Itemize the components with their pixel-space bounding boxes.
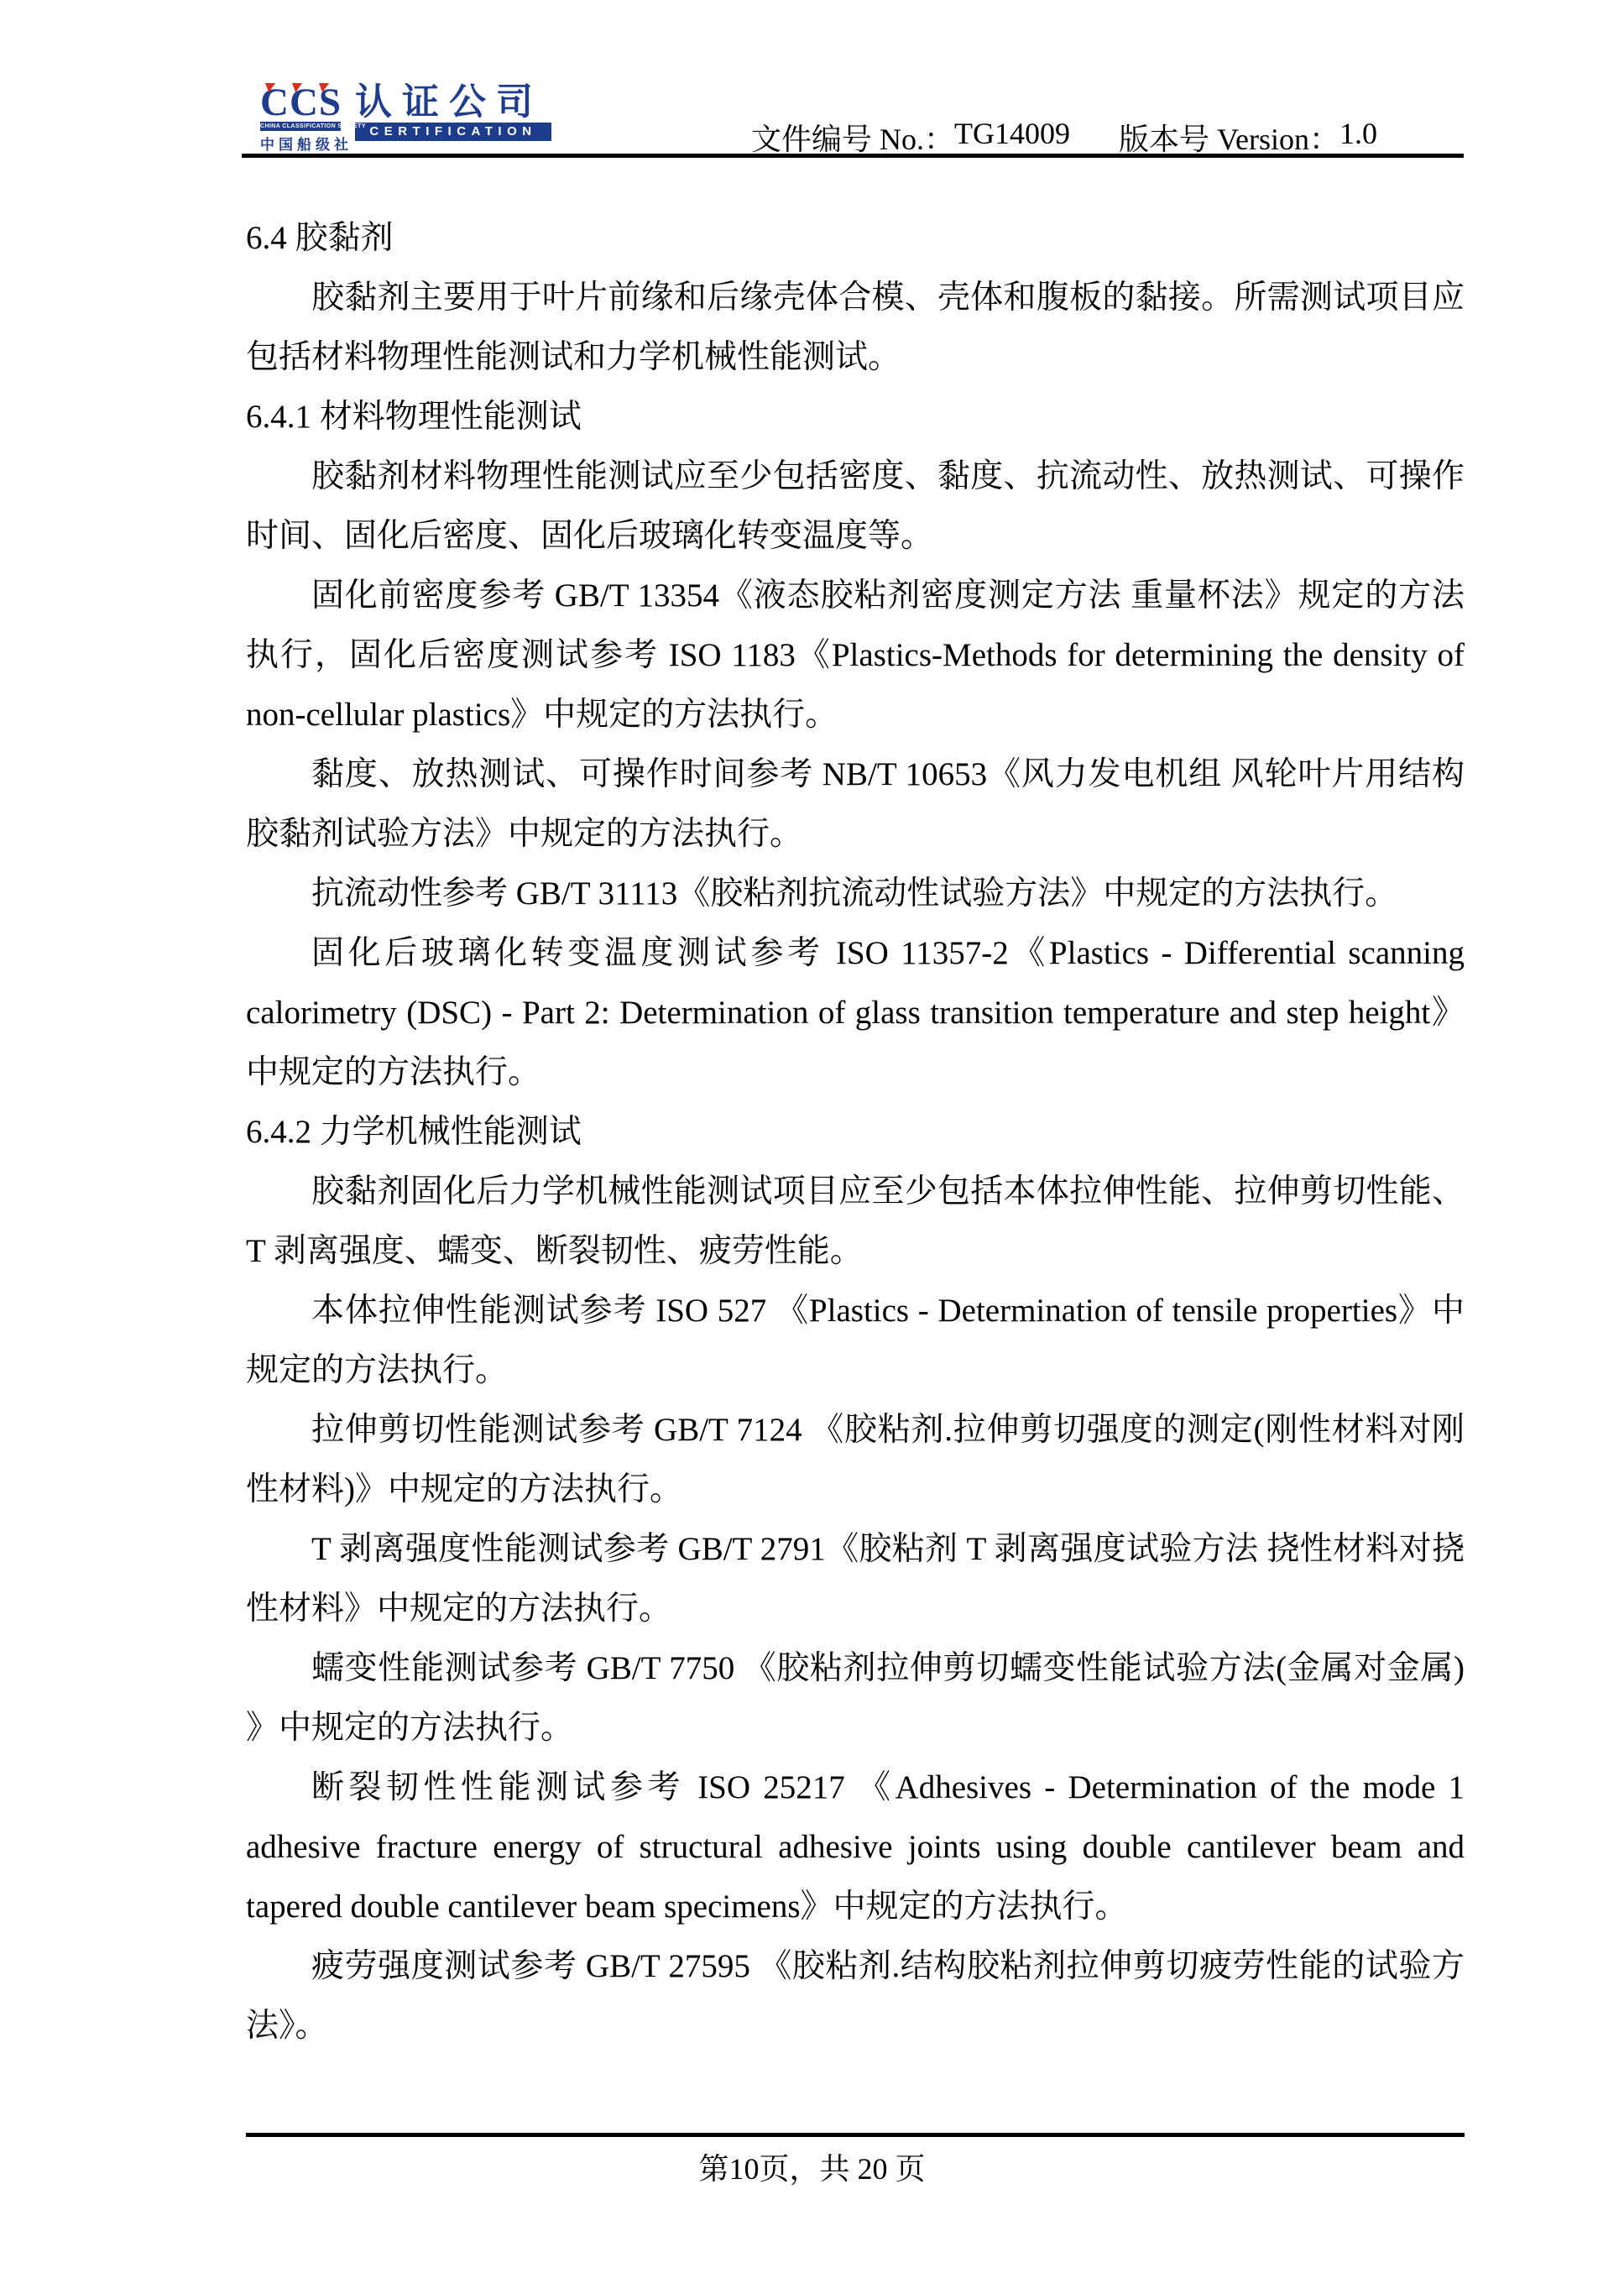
doc-number-label: 文件编号 No.： [751, 116, 954, 159]
document-page: CCS CHINA CLASSIFICATION SOCIETY 中国船级社 认… [0, 0, 1624, 2278]
body-paragraph: 断裂韧性性能测试参考 ISO 25217 《Adhesives - Determ… [246, 1758, 1465, 1936]
body-paragraph: 黏度、放热测试、可操作时间参考 NB/T 10653《风力发电机组 风轮叶片用结… [246, 745, 1465, 864]
ccs-logo-left: CCS CHINA CLASSIFICATION SOCIETY 中国船级社 [260, 86, 341, 154]
section-heading: 6.4 胶黏剂 [246, 208, 1465, 268]
body-paragraph: 胶黏剂材料物理性能测试应至少包括密度、黏度、抗流动性、放热测试、可操作时间、固化… [246, 447, 1465, 566]
body-paragraph: 胶黏剂固化后力学机械性能测试项目应至少包括本体拉伸性能、拉伸剪切性能、T 剥离强… [246, 1162, 1465, 1281]
section-heading: 6.4.1 材料物理性能测试 [246, 387, 1465, 447]
header-meta: 文件编号 No.： TG14009 版本号 Version： 1.0 [751, 116, 1465, 159]
document-body: 6.4 胶黏剂胶黏剂主要用于叶片前缘和后缘壳体合模、壳体和腹板的黏接。所需测试项… [246, 208, 1465, 2056]
body-paragraph: 蠕变性能测试参考 GB/T 7750 《胶粘剂拉伸剪切蠕变性能试验方法(金属对金… [246, 1638, 1465, 1758]
footer-divider-line [246, 2133, 1465, 2137]
body-paragraph: T 剥离强度性能测试参考 GB/T 2791《胶粘剂 T 剥离强度试验方法 挠性… [246, 1519, 1465, 1638]
version-label: 版本号 Version： [1119, 116, 1339, 159]
page-number: 第10页，共 20 页 [0, 2145, 1624, 2188]
ccs-logo: CCS CHINA CLASSIFICATION SOCIETY 中国船级社 认… [260, 86, 551, 154]
society-name-cn: 中国船级社 [260, 133, 341, 154]
certification-label-en: CERTIFICATION [355, 123, 551, 141]
certification-company-cn: 认证公司 [355, 86, 551, 119]
body-paragraph: 本体拉伸性能测试参考 ISO 527 《Plastics - Determina… [246, 1281, 1465, 1400]
body-paragraph: 固化后玻璃化转变温度测试参考 ISO 11357-2《Plastics - Di… [246, 923, 1465, 1102]
body-paragraph: 拉伸剪切性能测试参考 GB/T 7124 《胶粘剂.拉伸剪切强度的测定(刚性材料… [246, 1400, 1465, 1519]
body-paragraph: 抗流动性参考 GB/T 31113《胶粘剂抗流动性试验方法》中规定的方法执行。 [246, 864, 1465, 923]
doc-number-value: TG14009 [954, 116, 1070, 159]
header-divider-line [242, 154, 1464, 158]
body-paragraph: 固化前密度参考 GB/T 13354《液态胶粘剂密度测定方法 重量杯法》规定的方… [246, 566, 1465, 745]
body-paragraph: 胶黏剂主要用于叶片前缘和后缘壳体合模、壳体和腹板的黏接。所需测试项目应包括材料物… [246, 268, 1465, 387]
body-paragraph: 疲劳强度测试参考 GB/T 27595 《胶粘剂.结构胶粘剂拉伸剪切疲劳性能的试… [246, 1936, 1465, 2056]
header-spacer [1070, 116, 1119, 159]
version-value: 1.0 [1339, 116, 1377, 159]
ccs-logo-right: 认证公司 CERTIFICATION [355, 86, 551, 154]
section-heading: 6.4.2 力学机械性能测试 [246, 1102, 1465, 1162]
ccs-wordmark: CCS [260, 86, 341, 119]
